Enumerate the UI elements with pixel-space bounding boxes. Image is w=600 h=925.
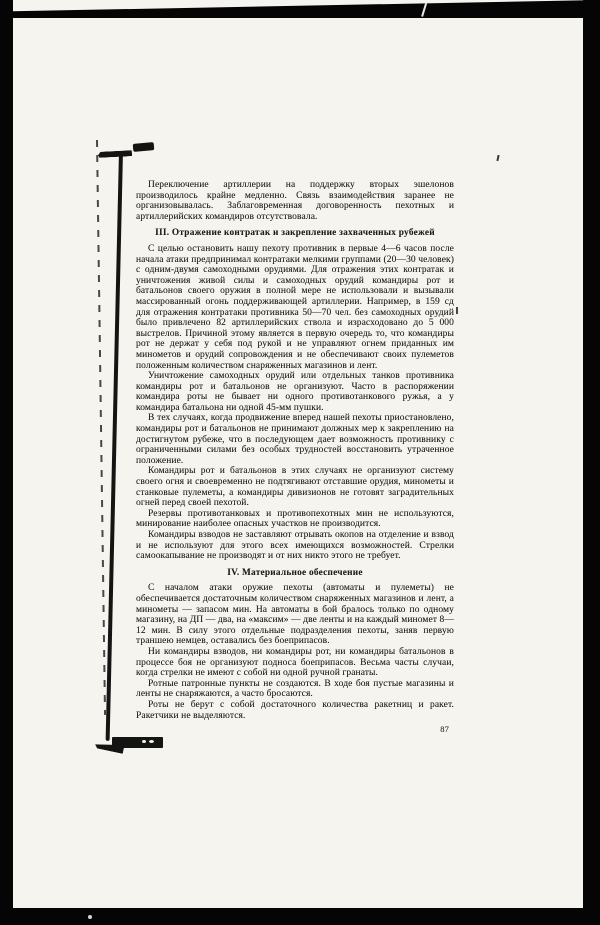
dust-speck (88, 915, 92, 919)
body-paragraph: С целью остановить нашу пехоту противник… (136, 244, 454, 371)
section-heading: IV. Материальное обеспечение (136, 568, 454, 579)
body-paragraph: Переключение артиллерии на поддержку вто… (136, 180, 454, 222)
body-paragraph: Резервы противотанковых и противопехотны… (136, 509, 454, 530)
section-heading: III. Отражение контратак и закрепление з… (136, 228, 454, 239)
ink-speck (456, 307, 458, 314)
body-paragraph: Ротные патронные пункты не создаются. В … (136, 679, 454, 700)
page-number: 87 (136, 724, 454, 735)
text-blocks: Переключение артиллерии на поддержку вто… (136, 180, 454, 721)
body-paragraph: Роты не берут с собой достаточного колич… (136, 700, 454, 721)
body-paragraph: Командиры рот и батальонов в этих случая… (136, 466, 454, 508)
scanned-book-page: Переключение артиллерии на поддержку вто… (0, 0, 600, 925)
spine-white-dot (142, 740, 146, 743)
spine-white-dot (149, 740, 154, 743)
body-paragraph: Уничтожение самоходных орудий или отдель… (136, 371, 454, 413)
body-paragraph: Командиры взводов не заставляют отрывать… (136, 530, 454, 562)
body-paragraph: С началом атаки оружие пехоты (автоматы … (136, 583, 454, 647)
text-column: Переключение артиллерии на поддержку вто… (136, 180, 454, 735)
body-paragraph: Ни командиры взводов, ни командиры рот, … (136, 647, 454, 679)
body-paragraph: В тех случаях, когда продвижение вперед … (136, 413, 454, 466)
